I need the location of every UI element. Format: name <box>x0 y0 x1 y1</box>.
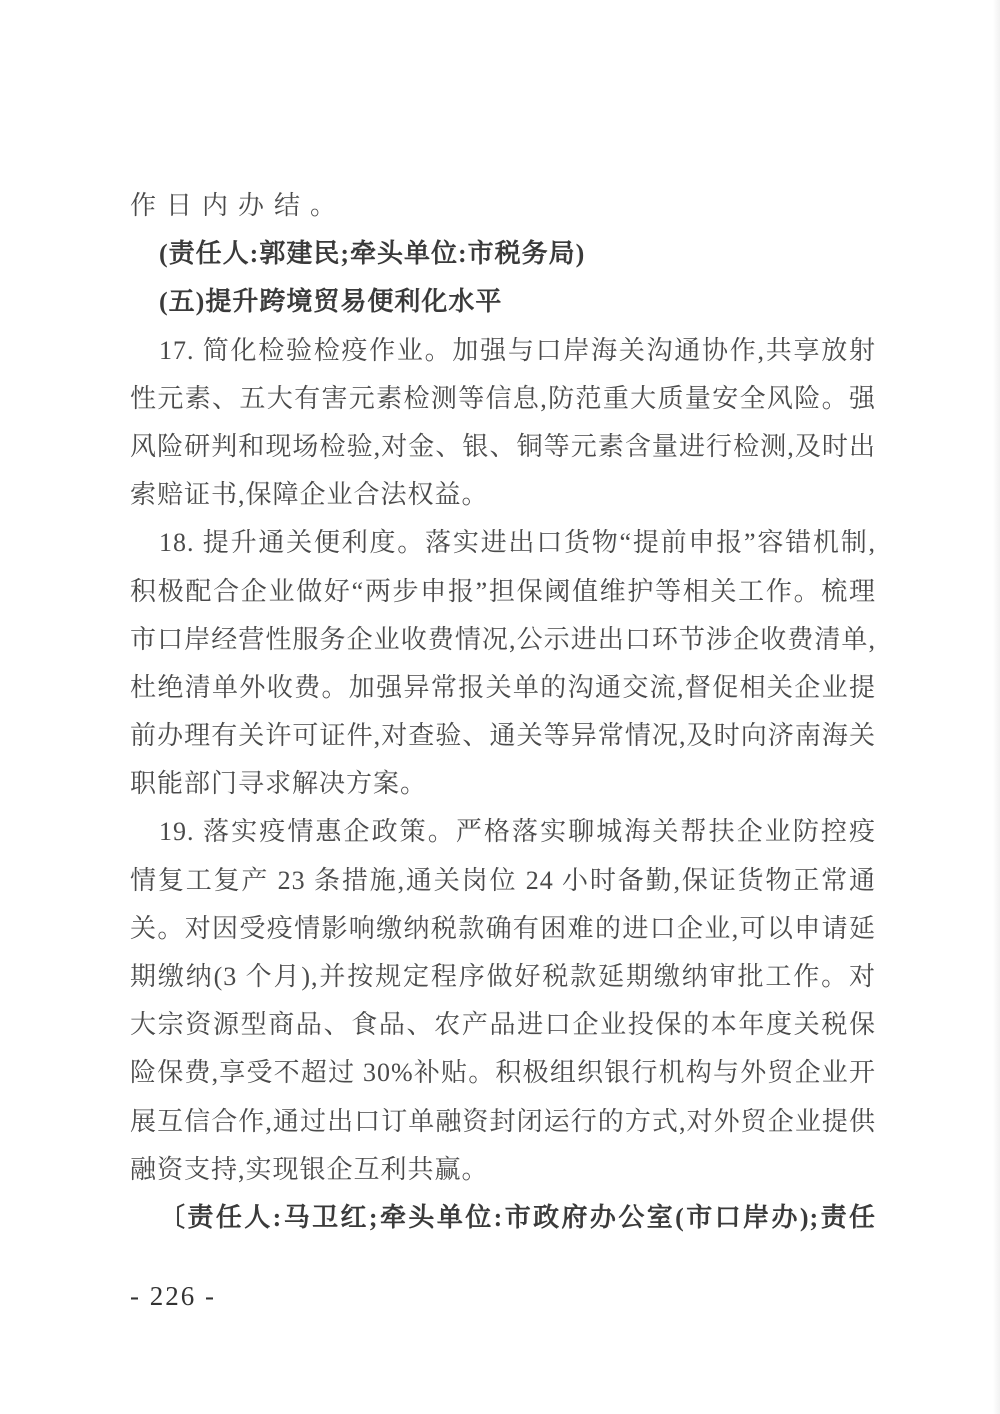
para-continuation-line: 作日内办结。 <box>130 182 876 230</box>
item-18-line: 18. 提升通关便利度。落实进出口货物“提前申报”容错机制, <box>130 519 876 567</box>
item-19-line: 情复工复产 23 条措施,通关岗位 24 小时备勤,保证货物正常通 <box>130 857 876 905</box>
item-17-line: 风险研判和现场检验,对金、银、铜等元素含量进行检测,及时出具 <box>130 423 876 471</box>
item-19-line: 融资支持,实现银企互利共赢。 <box>130 1146 876 1194</box>
item-18-line: 杜绝清单外收费。加强异常报关单的沟通交流,督促相关企业提 <box>130 664 876 712</box>
item-19-line: 展互信合作,通过出口订单融资封闭运行的方式,对外贸企业提供 <box>130 1098 876 1146</box>
item-17-line: 17. 简化检验检疫作业。加强与口岸海关沟通协作,共享放射 <box>130 327 876 375</box>
scan-edge-shadow <box>993 0 1000 1414</box>
item-18-line: 职能部门寻求解决方案。 <box>130 760 876 808</box>
page-number: - 226 - <box>130 1281 216 1311</box>
item-19-line: 期缴纳(3 个月),并按规定程序做好税款延期缴纳审批工作。对 <box>130 953 876 1001</box>
item-17-line: 性元素、五大有害元素检测等信息,防范重大质量安全风险。强化 <box>130 375 876 423</box>
item-19-line: 19. 落实疫情惠企政策。严格落实聊城海关帮扶企业防控疫 <box>130 808 876 856</box>
item-17-line: 索赔证书,保障企业合法权益。 <box>130 471 876 519</box>
item-18-line: 前办理有关许可证件,对查验、通关等异常情况,及时向济南海关 <box>130 712 876 760</box>
item-19-line: 关。对因受疫情影响缴纳税款确有困难的进口企业,可以申请延 <box>130 905 876 953</box>
responsible-person-line: (责任人:郭建民;牵头单位:市税务局) <box>130 230 876 278</box>
responsible-person-line: 〔责任人:马卫红;牵头单位:市政府办公室(市口岸办);责任 <box>130 1194 876 1242</box>
section-5-heading: (五)提升跨境贸易便利化水平 <box>130 278 876 326</box>
document-body: 作日内办结。 (责任人:郭建民;牵头单位:市税务局) (五)提升跨境贸易便利化水… <box>130 182 876 1242</box>
item-18-line: 积极配合企业做好“两步申报”担保阈值维护等相关工作。梳理我 <box>130 568 876 616</box>
item-19-line: 险保费,享受不超过 30%补贴。积极组织银行机构与外贸企业开 <box>130 1049 876 1097</box>
item-19-line: 大宗资源型商品、食品、农产品进口企业投保的本年度关税保证保 <box>130 1001 876 1049</box>
document-page: 作日内办结。 (责任人:郭建民;牵头单位:市税务局) (五)提升跨境贸易便利化水… <box>0 0 1000 1414</box>
item-18-line: 市口岸经营性服务企业收费情况,公示进出口环节涉企收费清单, <box>130 616 876 664</box>
